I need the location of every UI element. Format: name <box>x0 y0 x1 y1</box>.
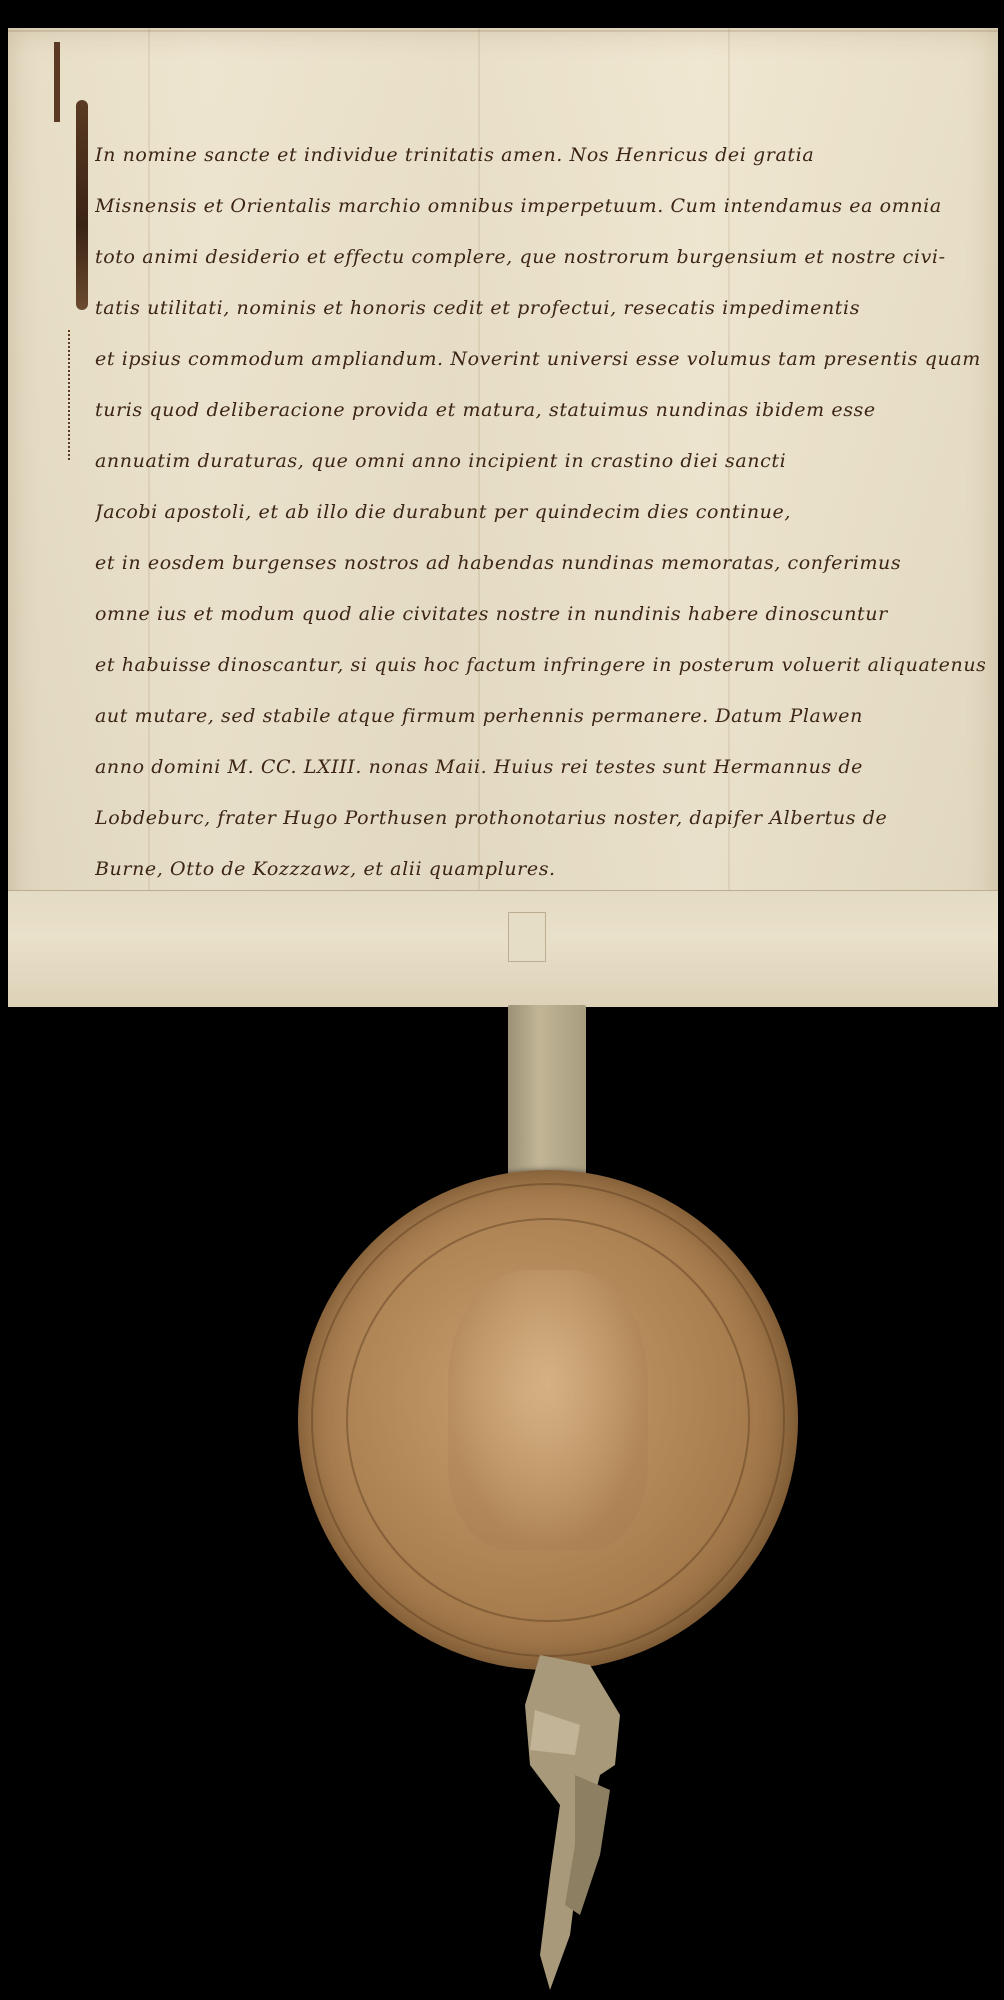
charter-text: In nomine sancte et individue trinitatis… <box>95 130 985 895</box>
initial-letter-stroke <box>76 100 88 310</box>
seal-slot <box>508 912 546 962</box>
text-line: anno domini M. CC. LXIII. nonas Maii. Hu… <box>95 742 985 793</box>
text-line: toto animi desiderio et effectu complere… <box>95 232 985 283</box>
text-line: Misnensis et Orientalis marchio omnibus … <box>95 181 985 232</box>
text-line: et habuisse dinoscantur, si quis hoc fac… <box>95 640 985 691</box>
margin-flourish <box>68 330 80 460</box>
text-line: In nomine sancte et individue trinitatis… <box>95 130 985 181</box>
plica-fold <box>8 890 998 1007</box>
seal-strap <box>508 1005 586 1185</box>
seal-tag-ends <box>520 1655 640 1995</box>
initial-flourish <box>54 42 60 122</box>
fold-line <box>8 30 998 32</box>
text-line: omne ius et modum quod alie civitates no… <box>95 589 985 640</box>
text-line: Jacobi apostoli, et ab illo die durabunt… <box>95 487 985 538</box>
text-line: turis quod deliberacione provida et matu… <box>95 385 985 436</box>
text-line: et in eosdem burgenses nostros ad habend… <box>95 538 985 589</box>
wax-seal <box>298 1170 798 1670</box>
text-line: tatis utilitati, nominis et honoris cedi… <box>95 283 985 334</box>
text-line: annuatim duraturas, que omni anno incipi… <box>95 436 985 487</box>
text-line: et ipsius commodum ampliandum. Noverint … <box>95 334 985 385</box>
text-line: Burne, Otto de Kozzzawz, et alii quamplu… <box>95 844 985 895</box>
text-line: aut mutare, sed stabile atque firmum per… <box>95 691 985 742</box>
text-line: Lobdeburc, frater Hugo Porthusen prothon… <box>95 793 985 844</box>
seal-equestrian-figure <box>448 1270 648 1550</box>
